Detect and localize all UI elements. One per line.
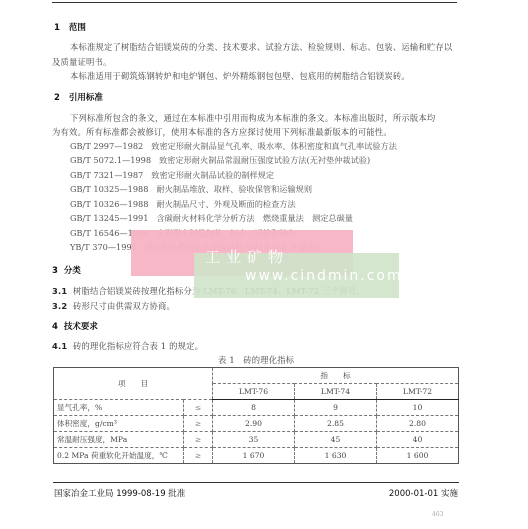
cell-value: 45 (295, 432, 377, 448)
reference-item: GB/T 2997—1982致密定形耐火制品显气孔率、吸水率、体积密度和真气孔率… (70, 141, 397, 152)
reference-item: GB/T 7321—1987致密定形耐火制品试验的制样规定 (70, 170, 274, 181)
table-row: 体积密度，g/cm³ ≥ 2.90 2.85 2.80 (54, 416, 459, 432)
cell-value: 8 (213, 400, 295, 416)
reference-item: GB/T 10326—1988耐火制品尺寸、外观及断面的检查方法 (70, 199, 296, 210)
cell-value: 1 670 (213, 448, 295, 464)
cell-value: 10 (377, 400, 459, 416)
cell-value: 9 (295, 400, 377, 416)
row-label: 体积密度，g/cm³ (54, 416, 184, 432)
row-label: 常温耐压强度，MPa (54, 432, 184, 448)
reference-item: GB/T 5072.1—1998致密定形耐火制品常温耐压强度试验方法(无衬垫仲裁… (70, 155, 370, 166)
cell-value: 1 600 (377, 448, 459, 464)
cell-value: 2.85 (295, 416, 377, 432)
table-row: 0.2 MPa 荷重软化开始温度，℃ ≥ 1 670 1 630 1 600 (54, 448, 459, 464)
approval-text: 国家冶金工业局 1999-08-19 批准 (54, 487, 185, 499)
section-1-para1-line1: 本标准规定了树脂结合铝镁炭砖的分类、技术要求、试验方法、检验规则、标志、包装、运… (70, 41, 452, 53)
table-row: 常温耐压强度，MPa ≥ 35 45 40 (54, 432, 459, 448)
section-4-item: 4.1 砖的理化指标应符合表 1 的规定。 (52, 340, 203, 352)
section-3-heading: 3 分类 (52, 264, 81, 276)
column-header-item: 项 目 (54, 368, 213, 400)
reference-item: GB/T 10325—1988耐火制品堆放、取样、验收保管和运输规则 (70, 184, 312, 195)
section-3-item: 3.2 砖形尺寸由供需双方协商。 (52, 300, 175, 312)
cell-value: 35 (213, 432, 295, 448)
cell-value: 2.90 (213, 416, 295, 432)
footer-rule (53, 482, 459, 483)
column-header-grade: LMT-74 (295, 384, 377, 400)
top-rule (52, 2, 457, 3)
table-caption: 表 1 砖的理化指标 (218, 354, 294, 366)
reference-item: GB/T 13245—1991含碳耐火材料化学分析方法 燃烧重量法 测定总碳量 (70, 213, 353, 224)
section-4-heading: 4 技术要求 (52, 320, 98, 332)
section-2-heading: 2 引用标准 (54, 91, 103, 103)
watermark-text-url: www.cindmin.com (245, 268, 403, 284)
column-header-group: 指 标 (213, 368, 459, 384)
implementation-text: 2000-01-01 实施 (389, 487, 458, 499)
section-2-intro-line1: 下列标准所包含的条文，通过在本标准中引用而构成为本标准的条文。本标准出版时，所示… (70, 112, 435, 124)
cell-value: 2.80 (377, 416, 459, 432)
section-1-heading: 1 范围 (54, 21, 86, 33)
watermark-text-cn: 工业矿物 (205, 246, 289, 267)
document-page: 1 范围 本标准规定了树脂结合铝镁炭砖的分类、技术要求、试验方法、检验规则、标志… (0, 0, 528, 529)
section-1-para2: 本标准适用于砌筑炼钢转炉和电炉钢包、炉外精炼钢包包壁、包底用的树脂结合铝镁炭砖。 (70, 70, 410, 82)
column-header-grade: LMT-72 (377, 384, 459, 400)
cell-value: 1 630 (295, 448, 377, 464)
column-header-grade: LMT-76 (213, 384, 295, 400)
section-2-intro-line2: 为有效。所有标准都会被修订，使用本标准的各方应探讨使用下列标准最新版本的可能性。 (52, 126, 392, 138)
properties-table: 项 目 指 标 LMT-76 LMT-74 LMT-72 显气孔率，% ≤ 8 … (53, 367, 459, 464)
table-row: 显气孔率，% ≤ 8 9 10 (54, 400, 459, 416)
section-1-para1-line2: 及质量证明书。 (52, 56, 111, 68)
row-operator: ≥ (184, 448, 213, 464)
row-label: 显气孔率，% (54, 400, 184, 416)
row-operator: ≥ (184, 416, 213, 432)
page-number: 463 (432, 511, 443, 518)
cell-value: 40 (377, 432, 459, 448)
row-operator: ≥ (184, 432, 213, 448)
row-operator: ≤ (184, 400, 213, 416)
row-label: 0.2 MPa 荷重软化开始温度，℃ (54, 448, 184, 464)
